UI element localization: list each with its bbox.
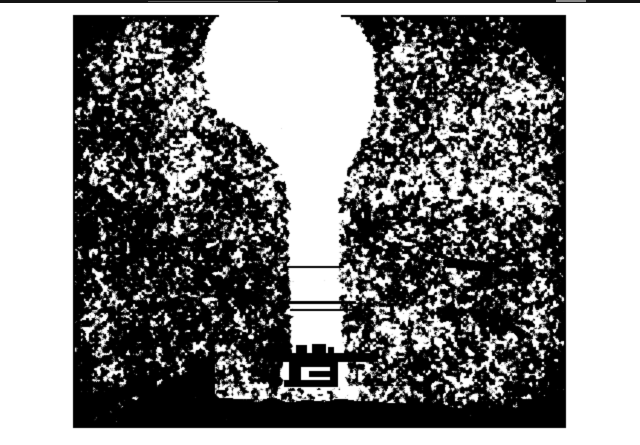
lightbulb-photo-canvas <box>0 0 640 445</box>
page <box>0 0 640 445</box>
top-strip-dash <box>148 1 278 2</box>
top-edge-strip <box>0 0 640 3</box>
top-strip-dash <box>556 0 586 2</box>
